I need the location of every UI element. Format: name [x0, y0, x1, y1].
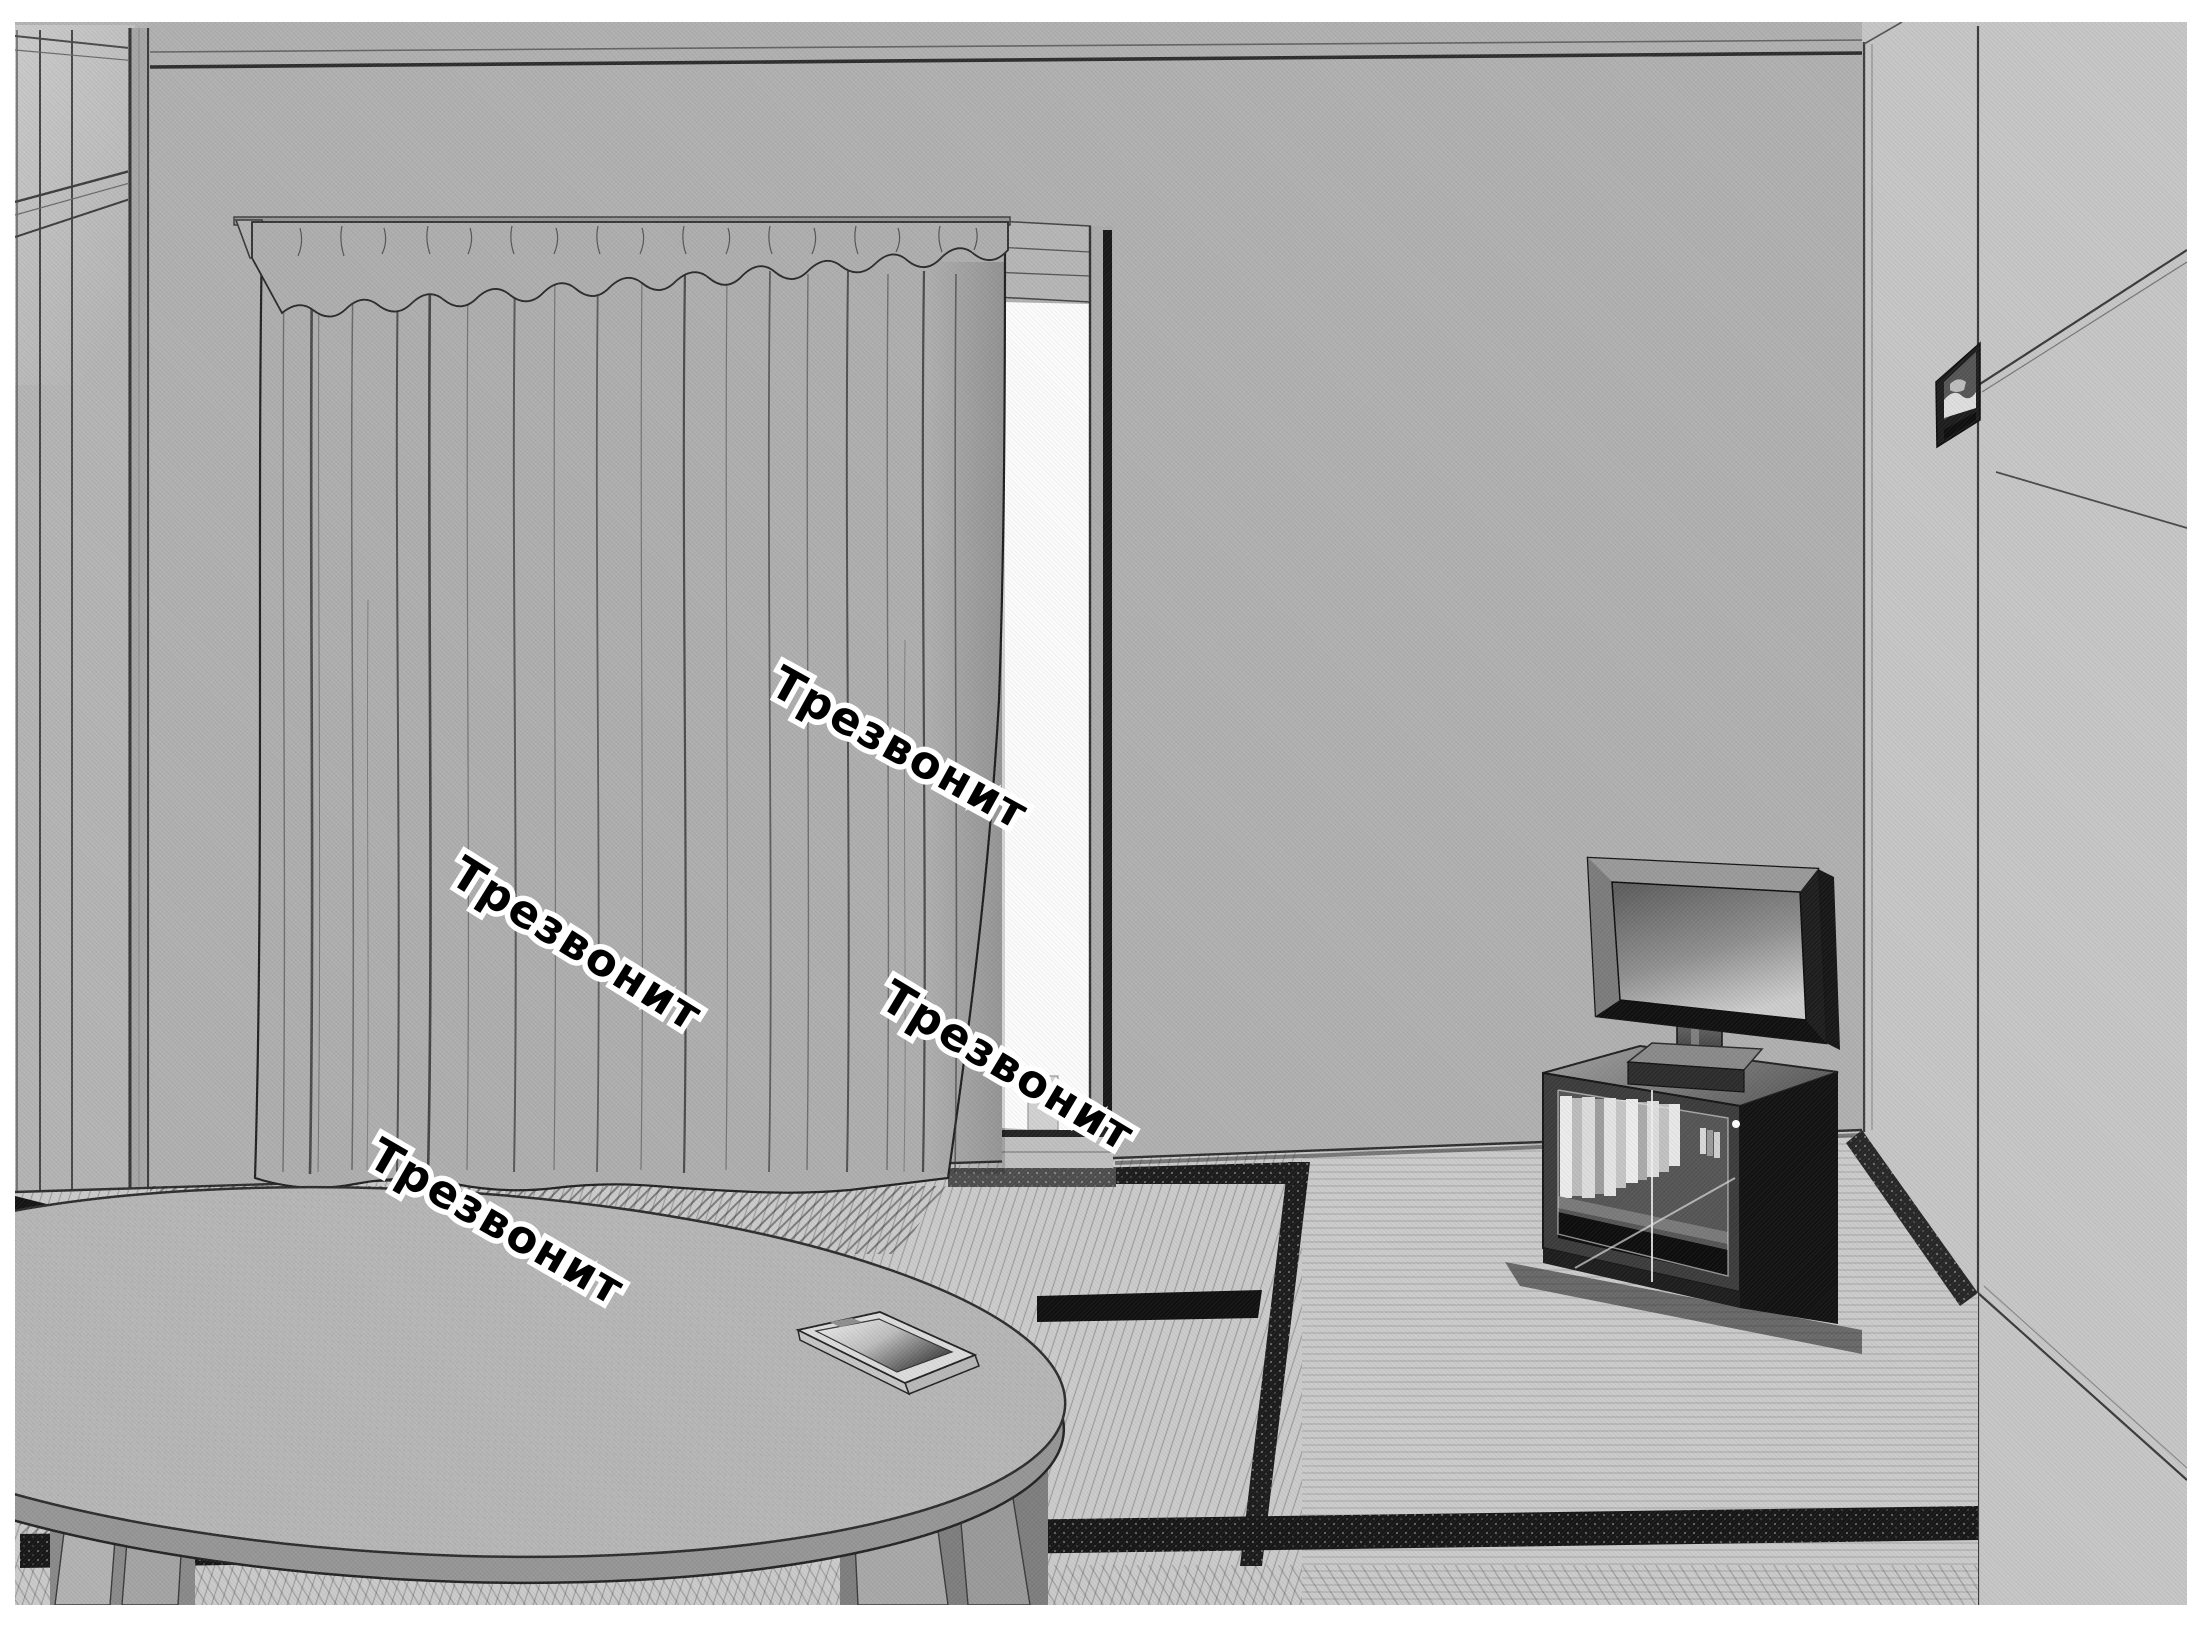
corner-post	[128, 28, 150, 1194]
stand-side	[1740, 1072, 1838, 1324]
room-illustration	[0, 0, 2200, 1629]
curtain	[234, 217, 1010, 1193]
manga-panel: Трезвонит Трезвонит Трезвонит Трезвонит …	[0, 0, 2200, 1629]
tv-screen	[1612, 882, 1806, 1020]
door-frame	[1090, 226, 1113, 1186]
glass-sparkle	[1732, 1120, 1740, 1128]
door-light-opening	[1002, 302, 1090, 1133]
